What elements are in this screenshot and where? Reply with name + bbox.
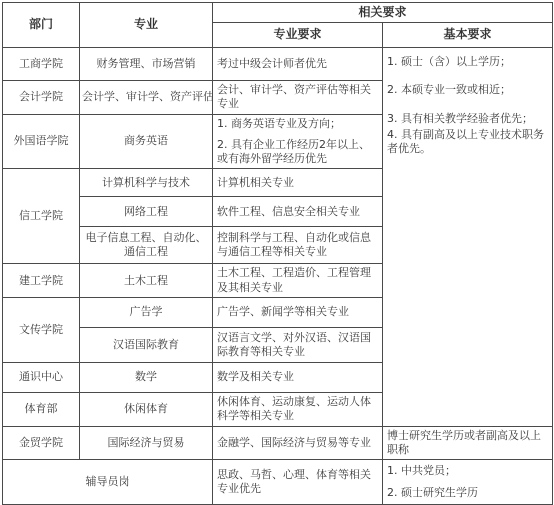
major-req-cell: 会计、审计学、资产评估等相关专业 xyxy=(213,81,383,115)
basic-req-merged-cell: 1. 硕士（含）以上学历； 2. 本硕专业一致或相近； 3. 具有相关教学经验者… xyxy=(383,48,553,427)
major-req-line: 2. 具有企业工作经历2年以上、或有海外留学经历优先 xyxy=(217,138,378,167)
major-req-cell: 休闲体育、运动康复、运动人体科学等相关专业 xyxy=(213,393,383,427)
table-row: 金贸学院 国际经济与贸易 金融学、国际经济与贸易等专业 博士研究生学历或者副高及… xyxy=(3,426,553,460)
major-cell: 国际经济与贸易 xyxy=(80,426,213,460)
major-cell: 数学 xyxy=(80,363,213,393)
dept-cell: 会计学院 xyxy=(3,81,80,115)
dept-cell: 信工学院 xyxy=(3,169,80,264)
basic-req-cell: 博士研究生学历或者副高及以上职称 xyxy=(383,426,553,460)
dept-cell: 外国语学院 xyxy=(3,114,80,169)
major-cell: 汉语国际教育 xyxy=(80,328,213,363)
basic-req-item: 2. 本硕专业一致或相近； xyxy=(387,83,548,97)
major-cell: 商务英语 xyxy=(80,114,213,169)
major-req-cell: 广告学、新闻学等相关专业 xyxy=(213,298,383,328)
dept-cell: 通识中心 xyxy=(3,363,80,393)
major-cell: 会计学、审计学、资产评估 xyxy=(80,81,213,115)
dept-cell: 体育部 xyxy=(3,393,80,427)
recruitment-requirements-table: 部门 专业 相关要求 专业要求 基本要求 工商学院 财务管理、市场营销 考过中级… xyxy=(2,2,553,505)
major-cell: 网络工程 xyxy=(80,197,213,227)
major-req-cell: 考过中级会计师者优先 xyxy=(213,48,383,81)
dept-cell: 建工学院 xyxy=(3,264,80,298)
major-req-cell: 1. 商务英语专业及方向； 2. 具有企业工作经历2年以上、或有海外留学经历优先 xyxy=(213,114,383,169)
major-req-cell: 金融学、国际经济与贸易等专业 xyxy=(213,426,383,460)
header-department: 部门 xyxy=(3,3,80,48)
major-req-cell: 思政、马哲、心理、体育等相关专业优先 xyxy=(213,460,383,505)
basic-req-line: 1. 中共党员； xyxy=(387,464,548,478)
major-cell: 计算机科学与技术 xyxy=(80,169,213,197)
major-cell: 土木工程 xyxy=(80,264,213,298)
basic-req-cell: 1. 中共党员； 2. 硕士研究生学历 xyxy=(383,460,553,505)
major-cell: 广告学 xyxy=(80,298,213,328)
major-req-cell: 汉语言文学、对外汉语、汉语国际教育等相关专业 xyxy=(213,328,383,363)
basic-req-item: 3. 具有相关教学经验者优先； xyxy=(387,112,548,126)
basic-req-item: 4. 具有副高及以上专业技术职务者优先。 xyxy=(387,128,548,157)
dept-cell: 工商学院 xyxy=(3,48,80,81)
major-req-cell: 计算机相关专业 xyxy=(213,169,383,197)
header-major-requirements: 专业要求 xyxy=(213,23,383,48)
major-cell: 休闲体育 xyxy=(80,393,213,427)
dept-cell: 文传学院 xyxy=(3,298,80,363)
major-req-cell: 软件工程、信息安全相关专业 xyxy=(213,197,383,227)
table-row: 辅导员岗 思政、马哲、心理、体育等相关专业优先 1. 中共党员； 2. 硕士研究… xyxy=(3,460,553,505)
header-related-requirements: 相关要求 xyxy=(213,3,553,23)
dept-cell: 金贸学院 xyxy=(3,426,80,460)
basic-req-item: 1. 硕士（含）以上学历； xyxy=(387,55,548,69)
basic-req-line: 2. 硕士研究生学历 xyxy=(387,486,548,500)
major-cell: 电子信息工程、自动化、通信工程 xyxy=(80,227,213,264)
header-basic-requirements: 基本要求 xyxy=(383,23,553,48)
major-cell: 财务管理、市场营销 xyxy=(80,48,213,81)
header-major: 专业 xyxy=(80,3,213,48)
major-req-cell: 数学及相关专业 xyxy=(213,363,383,393)
table-row: 工商学院 财务管理、市场营销 考过中级会计师者优先 1. 硕士（含）以上学历； … xyxy=(3,48,553,81)
dept-cell: 辅导员岗 xyxy=(3,460,213,505)
major-req-cell: 土木工程、工程造价、工程管理及其相关专业 xyxy=(213,264,383,298)
major-req-line: 1. 商务英语专业及方向； xyxy=(217,117,378,131)
major-req-cell: 控制科学与工程、自动化或信息与通信工程等相关专业 xyxy=(213,227,383,264)
